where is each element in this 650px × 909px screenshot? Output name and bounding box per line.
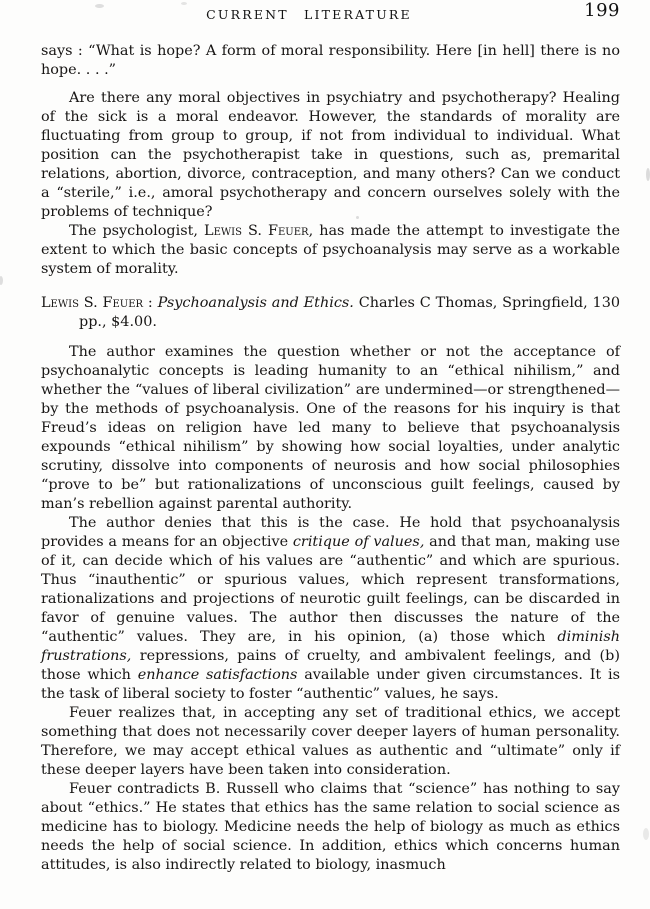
text-run: Feuer contradicts B. Russell who claims …: [41, 781, 620, 873]
text-run: and that man, making use of it, can deci…: [41, 534, 620, 645]
text-run: The psychologist,: [69, 223, 204, 239]
italic-text: Psychoanalysis and Ethics.: [158, 295, 354, 311]
paragraph: The psychologist, Lewis S. Feuer, has ma…: [41, 222, 620, 279]
scan-artifact: [646, 168, 650, 181]
scan-artifact: [95, 4, 104, 8]
text-run: The author examines the question whether…: [41, 344, 620, 512]
paragraph: The author examines the question whether…: [41, 343, 620, 514]
text-column: says : “What is hope? A form of moral re…: [41, 42, 620, 875]
text-run: Are there any moral objectives in psychi…: [41, 90, 620, 220]
italic-text: enhance satisfactions: [138, 667, 298, 683]
reference-entry: Lewis S. Feuer : Psychoanalysis and Ethi…: [41, 294, 620, 332]
text-run: :: [143, 295, 158, 311]
scan-artifact: [181, 2, 187, 5]
page-number: 199: [584, 0, 620, 21]
paragraph: Feuer realizes that, in accepting any se…: [41, 704, 620, 780]
scan-artifact: [0, 276, 3, 285]
italic-text: critique of values,: [293, 534, 425, 550]
scan-artifact: [356, 216, 359, 219]
paragraph: Are there any moral objectives in psychi…: [41, 89, 620, 222]
smallcaps-name: Lewis S. Feuer: [41, 295, 143, 311]
paragraph: The author denies that this is the case.…: [41, 514, 620, 704]
scanned-page: CURRENT LITERATURE 199 says : “What is h…: [0, 0, 650, 909]
smallcaps-name: Lewis S. Feuer: [204, 223, 309, 239]
running-title: CURRENT LITERATURE: [20, 7, 598, 22]
text-run: Feuer realizes that, in accepting any se…: [41, 705, 620, 778]
paragraph: Feuer contradicts B. Russell who claims …: [41, 780, 620, 875]
paragraph: says : “What is hope? A form of moral re…: [41, 42, 620, 80]
text-run: says : “What is hope? A form of moral re…: [41, 43, 620, 78]
scan-artifact: [643, 828, 649, 840]
